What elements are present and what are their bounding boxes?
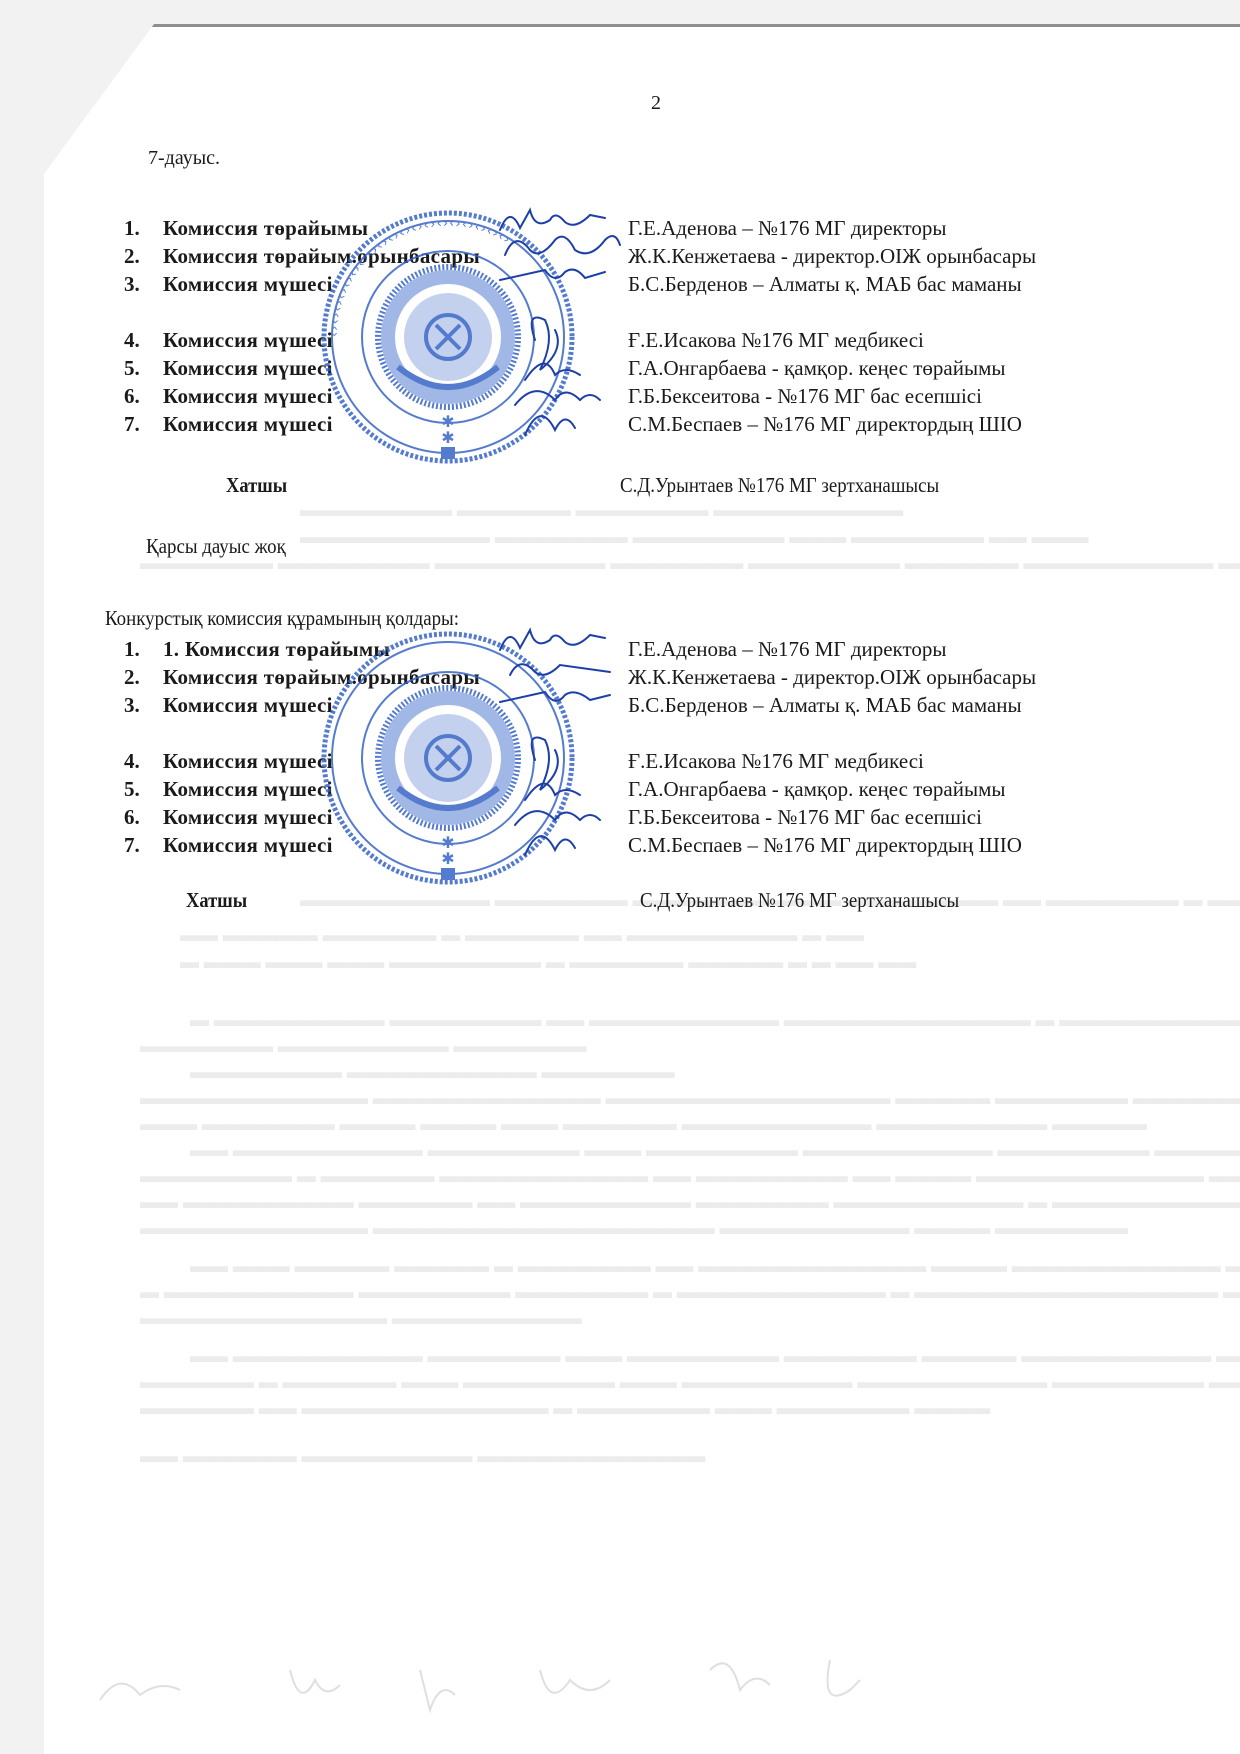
member-name: Ғ.Е.Исакова №176 МГ медбикесі xyxy=(628,328,924,353)
member-role: Комиссия мүшесі xyxy=(163,749,333,774)
against-votes-text: Қарсы дауыс жоқ xyxy=(146,534,286,559)
member-role: Комиссия мүшесі xyxy=(163,272,333,297)
item-number: 3. xyxy=(124,272,140,297)
member-role: Комиссия төрайым.орынбасары xyxy=(163,665,480,690)
list-item: 6. Комиссия мүшесі Г.Б.Бексеитова - №176… xyxy=(0,805,1240,833)
member-name: Г.А.Онгарбаева - қамқор. кеңес төрайымы xyxy=(628,777,1005,802)
member-role: 1. Комиссия төрайымы xyxy=(163,637,390,662)
list-item: 1. 1. Комиссия төрайымы Г.Е.Аденова – №1… xyxy=(0,637,1240,665)
list-item: 4. Комиссия мүшесі Ғ.Е.Исакова №176 МГ м… xyxy=(0,328,1240,356)
list-item: 3. Комиссия мүшесі Б.С.Берденов – Алматы… xyxy=(0,272,1240,300)
item-number: 1. xyxy=(124,637,140,662)
list-item: 7. Комиссия мүшесі С.М.Беспаев – №176 МГ… xyxy=(0,412,1240,440)
member-role: Комиссия төрайым.орынбасары xyxy=(163,244,480,269)
member-role: Комиссия мүшесі xyxy=(163,833,333,858)
list-item: 2. Комиссия төрайым.орынбасары Ж.К.Кенже… xyxy=(0,665,1240,693)
secretary-label: Хатшы xyxy=(186,888,247,913)
item-number: 1. xyxy=(124,216,140,241)
member-role: Комиссия мүшесі xyxy=(163,805,333,830)
member-name: Б.С.Берденов – Алматы қ. МАБ бас маманы xyxy=(628,272,1022,297)
item-number: 7. xyxy=(124,412,140,437)
list-item: 1. Комиссия төрайымы Г.Е.Аденова – №176 … xyxy=(0,216,1240,244)
member-role: Комиссия мүшесі xyxy=(163,356,333,381)
member-name: С.М.Беспаев – №176 МГ директордың ШІО xyxy=(628,833,1022,858)
list-item: 3. Комиссия мүшесі Б.С.Берденов – Алматы… xyxy=(0,693,1240,721)
item-number: 3. xyxy=(124,693,140,718)
page-number: 2 xyxy=(651,92,661,115)
secretary-name: С.Д.Урынтаев №176 МГ зертханашысы xyxy=(620,473,939,498)
member-name: Ғ.Е.Исакова №176 МГ медбикесі xyxy=(628,749,924,774)
member-name: С.М.Беспаев – №176 МГ директордың ШІО xyxy=(628,412,1022,437)
secretary-label: Хатшы xyxy=(226,473,287,498)
signatures-heading: Конкурстық комиссия құрамының қолдары: xyxy=(105,606,459,631)
item-number: 4. xyxy=(124,749,140,774)
member-name: Ж.К.Кенжетаева - директор.ОІЖ орынбасары xyxy=(628,244,1036,269)
item-number: 2. xyxy=(124,665,140,690)
member-role: Комиссия мүшесі xyxy=(163,693,333,718)
item-number: 5. xyxy=(124,356,140,381)
member-role: Комиссия мүшесі xyxy=(163,328,333,353)
member-name: Г.Б.Бексеитова - №176 МГ бас есепшісі xyxy=(628,384,982,409)
item-number: 6. xyxy=(124,805,140,830)
item-number: 7. xyxy=(124,833,140,858)
list-item: 5. Комиссия мүшесі Г.А.Онгарбаева - қамқ… xyxy=(0,356,1240,384)
member-role: Комиссия мүшесі xyxy=(163,384,333,409)
member-name: Ж.К.Кенжетаева - директор.ОІЖ орынбасары xyxy=(628,665,1036,690)
member-name: Г.Б.Бексеитова - №176 МГ бас есепшісі xyxy=(628,805,982,830)
member-name: Г.Е.Аденова – №176 МГ директоры xyxy=(628,637,947,662)
list-item: 6. Комиссия мүшесі Г.Б.Бексеитова - №176… xyxy=(0,384,1240,412)
member-name: Г.Е.Аденова – №176 МГ директоры xyxy=(628,216,947,241)
list-item: 4. Комиссия мүшесі Ғ.Е.Исакова №176 МГ м… xyxy=(0,749,1240,777)
member-role: Комиссия төрайымы xyxy=(163,216,368,241)
item-number: 4. xyxy=(124,328,140,353)
item-number: 6. xyxy=(124,384,140,409)
list-item: 2. Комиссия төрайым.орынбасары Ж.К.Кенже… xyxy=(0,244,1240,272)
member-name: Б.С.Берденов – Алматы қ. МАБ бас маманы xyxy=(628,693,1022,718)
list-item: 5. Комиссия мүшесі Г.А.Онгарбаева - қамқ… xyxy=(0,777,1240,805)
item-number: 2. xyxy=(124,244,140,269)
member-role: Комиссия мүшесі xyxy=(163,777,333,802)
vote-label: 7-дауыс. xyxy=(148,147,220,170)
member-role: Комиссия мүшесі xyxy=(163,412,333,437)
member-name: Г.А.Онгарбаева - қамқор. кеңес төрайымы xyxy=(628,356,1005,381)
item-number: 5. xyxy=(124,777,140,802)
secretary-name: С.Д.Урынтаев №176 МГ зертханашысы xyxy=(640,888,959,913)
list-item: 7. Комиссия мүшесі С.М.Беспаев – №176 МГ… xyxy=(0,833,1240,861)
